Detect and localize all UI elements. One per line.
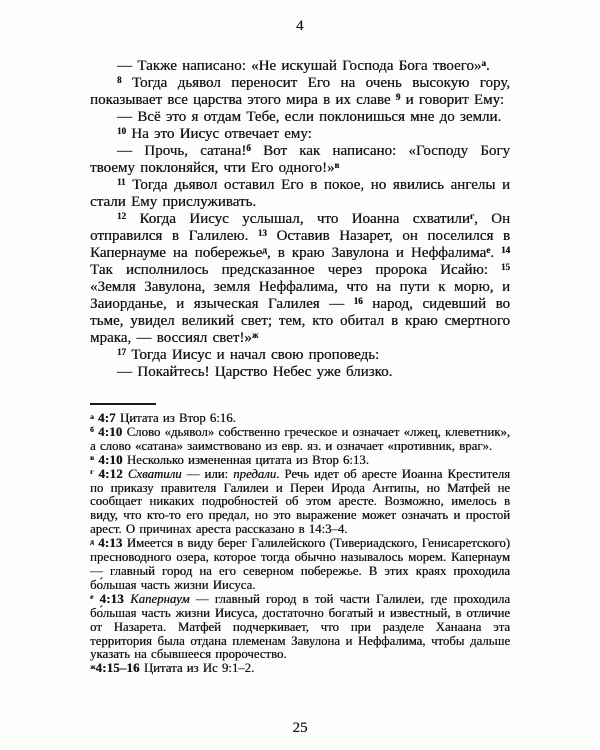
scripture-paragraph: — Всё это я отдам Тебе, если поклонишься… — [90, 109, 510, 126]
footnote: а 4:7 Цитата из Втор 6:16. — [90, 412, 510, 426]
scripture-paragraph: 10 На это Иисус отвечает ему: — [90, 126, 510, 143]
footnote: г 4:12 Схватили — или: предали. Речь иде… — [90, 468, 510, 538]
scripture-paragraph: 12 Когда Иисус услышал, что Иоанна схват… — [90, 211, 510, 347]
footnote: д 4:13 Имеется в виду берег Галилейского… — [90, 537, 510, 593]
scripture-paragraph: — Также написано: «Не искушай Господа Бо… — [90, 58, 510, 75]
scripture-paragraph: 17 Тогда Иисус и начал свою проповедь: — [90, 347, 510, 364]
book-page: 4 — Также написано: «Не искушай Господа … — [0, 0, 600, 750]
scripture-paragraph: 11 Тогда дьявол оставил Его в покое, но … — [90, 177, 510, 211]
page-number-top: 4 — [90, 18, 510, 36]
scripture-paragraph: — Покайтесь! Царство Небес уже близко. — [90, 364, 510, 381]
footnote: в 4:10 Несколько измененная цитата из Вт… — [90, 454, 510, 468]
footnote: ж4:15–16 Цитата из Ис 9:1–2. — [90, 662, 510, 676]
scripture-text: — Также написано: «Не искушай Господа Бо… — [90, 58, 510, 381]
footnote-separator — [90, 403, 156, 405]
scripture-paragraph: — Прочь, сатана!б Вот как написано: «Гос… — [90, 143, 510, 177]
footnotes: а 4:7 Цитата из Втор 6:16.б 4:10 Слово «… — [90, 412, 510, 676]
footnote: е 4:13 Капернаум — главный город в той ч… — [90, 593, 510, 663]
footnote: б 4:10 Слово «дьявол» собственно греческ… — [90, 426, 510, 454]
scripture-paragraph: 8 Тогда дьявол переносит Его на очень вы… — [90, 75, 510, 109]
page-number-bottom: 25 — [90, 720, 510, 737]
